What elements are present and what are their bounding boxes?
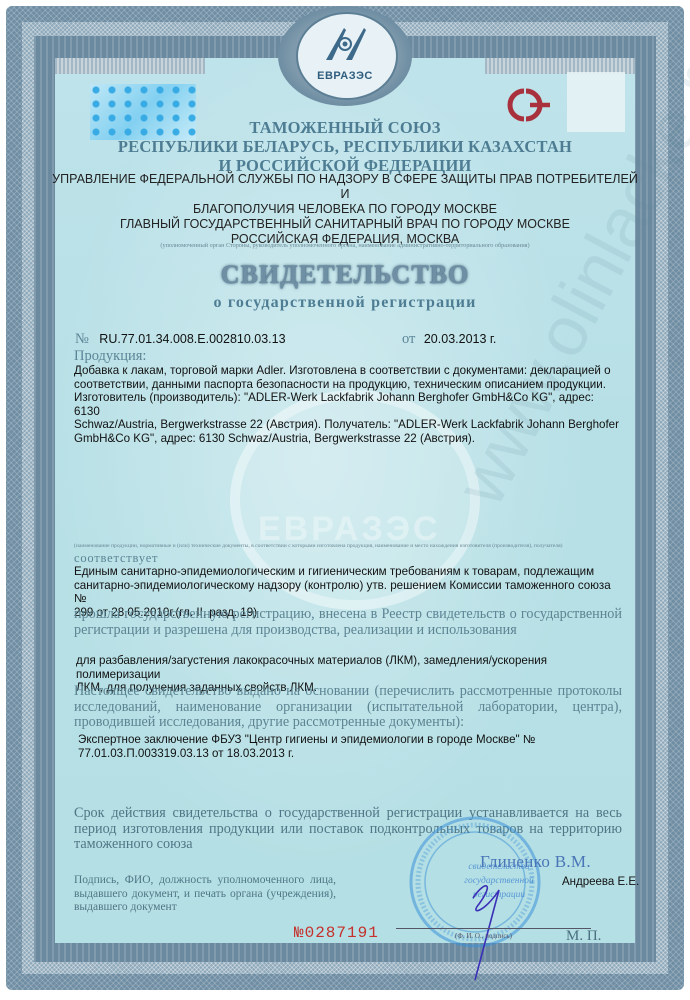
- form-serial-number: №0287191: [294, 924, 379, 942]
- agency-heading: УПРАВЛЕНИЕ ФЕДЕРАЛЬНОЙ СЛУЖБЫ ПО НАДЗОРУ…: [48, 172, 642, 247]
- expert-conclusion: Экспертное заключение ФБУЗ "Центр гигиен…: [78, 733, 623, 760]
- agency-line: ГЛАВНЫЙ ГОСУДАРСТВЕННЫЙ САНИТАРНЫЙ ВРАЧ …: [48, 217, 642, 232]
- conformity-line: санитарно-эпидемиологическому надзору (к…: [74, 579, 619, 606]
- agency-caption: (уполномоченный орган Стороны, руководит…: [55, 242, 635, 249]
- customs-union-heading: ТАМОЖЕННЫЙ СОЮЗ РЕСПУБЛИКИ БЕЛАРУСЬ, РЕС…: [55, 118, 635, 175]
- registration-number: № RU.77.01.34.008.E.002810.03.13: [75, 330, 286, 348]
- product-line: GmbH&Co KG", адрес: 6130 Schwaz/Austria,…: [74, 432, 619, 446]
- date-label: от: [402, 331, 415, 347]
- eurasec-emblem-icon: [322, 24, 368, 64]
- certificate-title: СВИДЕТЕЛЬСТВО: [55, 260, 635, 290]
- product-caption: (наименование продукции, нормативные и (…: [74, 543, 563, 549]
- product-label: Продукция:: [74, 348, 146, 365]
- form-number-value: №0287191: [294, 924, 379, 942]
- heading-line: ТАМОЖЕННЫЙ СОЮЗ: [55, 118, 635, 137]
- signature-line-caption: (Ф. И. О., подпись): [455, 932, 512, 940]
- product-line: соответствии, данными паспорта безопасно…: [74, 378, 619, 392]
- product-line: Изготовитель (производитель): "ADLER-Wer…: [74, 391, 619, 418]
- registration-date: от 20.03.2013 г.: [402, 330, 496, 348]
- basis-line: 77.01.03.П.003319.03.13 от 18.03.2013 г.: [78, 747, 623, 761]
- seal-placeholder: М. П.: [566, 928, 601, 945]
- conformity-label: соответствует: [74, 551, 158, 566]
- decorative-strip: [55, 58, 205, 74]
- issuance-basis: Настоящее свидетельство выдано на основа…: [74, 684, 622, 731]
- certificate-subtitle: о государственной регистрации: [55, 294, 635, 312]
- heading-line: РЕСПУБЛИКИ БЕЛАРУСЬ, РЕСПУБЛИКИ КАЗАХСТА…: [55, 137, 635, 156]
- date-value: 20.03.2013 г.: [424, 332, 497, 346]
- conformity-line: Единым санитарно-эпидемиологическим и ги…: [74, 565, 619, 579]
- product-line: Schwaz/Austria, Bergwerkstrasse 22 (Авст…: [74, 418, 619, 432]
- signer-name: Андреева Е.Е.: [562, 876, 639, 888]
- agency-line: УПРАВЛЕНИЕ ФЕДЕРАЛЬНОЙ СЛУЖБЫ ПО НАДЗОРУ…: [48, 172, 642, 202]
- number-label: №: [75, 331, 89, 347]
- basis-line: Экспертное заключение ФБУЗ "Центр гигиен…: [78, 733, 623, 747]
- handwritten-signature: [455, 872, 515, 982]
- registration-statement: прошла государственную регистрацию, внес…: [74, 607, 622, 638]
- signature-label: Подпись, ФИО, должность уполномоченного …: [74, 874, 336, 915]
- product-line: Добавка к лакам, торговой марки Adler. И…: [74, 364, 619, 378]
- product-description: Добавка к лакам, торговой марки Adler. И…: [74, 364, 619, 445]
- number-value: RU.77.01.34.008.E.002810.03.13: [99, 332, 285, 346]
- agency-line: БЛАГОПОЛУЧИЯ ЧЕЛОВЕКА ПО ГОРОДУ МОСКВЕ: [48, 202, 642, 217]
- signature-line: [396, 928, 591, 929]
- emblem-label: ЕВРАЗЭС: [296, 70, 394, 82]
- stamp-name: Глиненко В.М.: [480, 852, 591, 872]
- usage-line: для разбавления/загустения лакокрасочных…: [76, 654, 621, 681]
